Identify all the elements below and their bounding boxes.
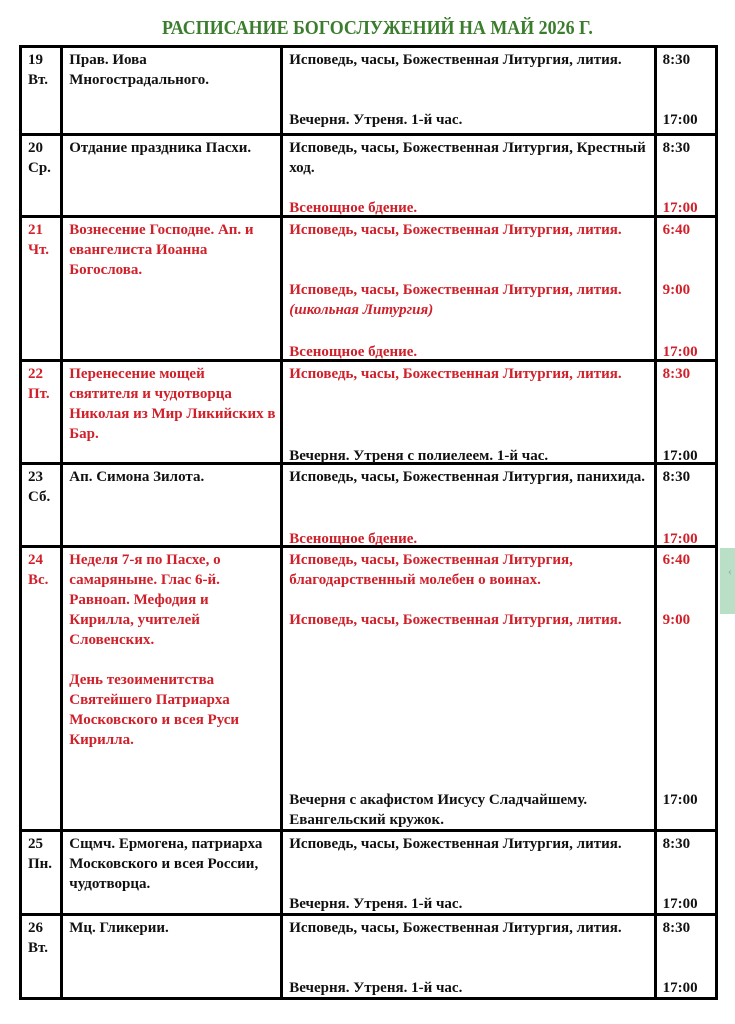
feast-cell: Перенесение мощей святителя и чудотворца…: [62, 361, 282, 464]
service-text: Исповедь, часы, Божественная Литургия, л…: [289, 920, 621, 936]
service-time: 8:30: [663, 918, 711, 938]
service-entry: Всенощное бдение.: [289, 342, 649, 362]
date-number: 24: [28, 550, 56, 570]
times-cell: 6:409:0017:00: [655, 217, 716, 361]
day-cell: 23Сб.: [21, 464, 62, 547]
day-cell: 26Вт.: [21, 915, 62, 999]
schedule-row: 24Вс.Неделя 7-я по Пасхе, о самаряныне. …: [21, 547, 717, 831]
feast-name: Отдание праздника Пасхи.: [69, 138, 276, 158]
weekday: Пн.: [28, 854, 56, 874]
date-number: 22: [28, 364, 56, 384]
services-cell: Исповедь, часы, Божественная Литургия, л…: [282, 217, 655, 361]
schedule-row: 20Ср.Отдание праздника Пасхи.Исповедь, ч…: [21, 135, 717, 217]
feast-name: Ап. Симона Зилота.: [69, 467, 276, 487]
services-cell: Исповедь, часы, Божественная Литургия, б…: [282, 547, 655, 831]
service-time: 17:00: [663, 342, 711, 362]
service-text: Вечерня. Утреня. 1-й час.: [289, 896, 462, 912]
service-time: 6:40: [663, 220, 711, 240]
times-cell: 8:3017:00: [655, 135, 716, 217]
service-note: (школьная Литургия): [289, 302, 433, 318]
service-time: 8:30: [663, 467, 711, 487]
weekday: Сб.: [28, 487, 56, 507]
weekday: Вт.: [28, 70, 56, 90]
services-cell: Исповедь, часы, Божественная Литургия, К…: [282, 135, 655, 217]
service-entry: Исповедь, часы, Божественная Литургия, л…: [289, 364, 649, 384]
service-entry: Исповедь, часы, Божественная Литургия, К…: [289, 138, 649, 178]
service-text: Всенощное бдение.: [289, 200, 417, 216]
service-time: 8:30: [663, 834, 711, 854]
service-text: Исповедь, часы, Божественная Литургия, л…: [289, 52, 621, 68]
service-text: Исповедь, часы, Божественная Литургия, л…: [289, 836, 621, 852]
service-entry: Всенощное бдение.: [289, 529, 649, 549]
service-entry: Всенощное бдение.: [289, 198, 649, 218]
feast-name: Мц. Гликерии.: [69, 918, 276, 938]
service-text: Исповедь, часы, Божественная Литургия, б…: [289, 552, 573, 588]
times-cell: 8:3017:00: [655, 47, 716, 135]
feast-name: День тезоименитства Святейшего Патриарха…: [69, 670, 276, 750]
service-entry: Вечерня с акафистом Иисусу Сладчайшему. …: [289, 790, 649, 830]
chevron-left-icon: ‹: [728, 564, 732, 579]
feast-cell: Прав. Иова Многострадального.: [62, 47, 282, 135]
feast-cell: Вознесение Господне. Ап. и евангелиста И…: [62, 217, 282, 361]
service-entry: Вечерня. Утреня. 1-й час.: [289, 894, 649, 914]
schedule-row: 23Сб.Ап. Симона Зилота.Исповедь, часы, Б…: [21, 464, 717, 547]
times-cell: 8:3017:00: [655, 915, 716, 999]
feast-name: Перенесение мощей святителя и чудотворца…: [69, 364, 276, 444]
date-number: 23: [28, 467, 56, 487]
service-text: Исповедь, часы, Божественная Литургия, п…: [289, 469, 645, 485]
times-cell: 6:409:0017:00: [655, 547, 716, 831]
day-cell: 22Пт.: [21, 361, 62, 464]
service-entry: Исповедь, часы, Божественная Литургия, п…: [289, 467, 649, 487]
weekday: Вс.: [28, 570, 56, 590]
feast-name: Сщмч. Ермогена, патриарха Московского и …: [69, 834, 276, 894]
service-entry: Исповедь, часы, Божественная Литургия, л…: [289, 50, 649, 70]
date-number: 25: [28, 834, 56, 854]
day-cell: 19Вт.: [21, 47, 62, 135]
schedule-row: 19Вт.Прав. Иова Многострадального.Испове…: [21, 47, 717, 135]
feast-cell: Мц. Гликерии.: [62, 915, 282, 999]
date-number: 21: [28, 220, 56, 240]
service-entry: Вечерня. Утреня. 1-й час.: [289, 110, 649, 130]
schedule-row: 25Пн.Сщмч. Ермогена, патриарха Московско…: [21, 831, 717, 915]
schedule-row: 21Чт.Вознесение Господне. Ап. и евангели…: [21, 217, 717, 361]
service-time: 8:30: [663, 50, 711, 70]
schedule-table: 19Вт.Прав. Иова Многострадального.Испове…: [19, 45, 718, 1000]
times-cell: 8:3017:00: [655, 464, 716, 547]
service-text: Всенощное бдение.: [289, 531, 417, 547]
weekday: Вт.: [28, 938, 56, 958]
service-text: Вечерня. Утреня с полиелеем. 1-й час.: [289, 448, 548, 464]
service-text: Вечерня. Утреня. 1-й час.: [289, 980, 462, 996]
services-cell: Исповедь, часы, Божественная Литургия, п…: [282, 464, 655, 547]
service-text: Вечерня с акафистом Иисусу Сладчайшему. …: [289, 792, 587, 828]
day-cell: 20Ср.: [21, 135, 62, 217]
service-entry: Исповедь, часы, Божественная Литургия, л…: [289, 918, 649, 938]
times-cell: 8:3017:00: [655, 361, 716, 464]
feast-cell: Отдание праздника Пасхи.: [62, 135, 282, 217]
service-entry: Исповедь, часы, Божественная Литургия, л…: [289, 610, 649, 630]
day-cell: 24Вс.: [21, 547, 62, 831]
service-time: 9:00: [663, 280, 711, 300]
feast-name: Вознесение Господне. Ап. и евангелиста И…: [69, 220, 276, 280]
services-cell: Исповедь, часы, Божественная Литургия, л…: [282, 915, 655, 999]
service-time: 17:00: [663, 110, 711, 130]
date-number: 20: [28, 138, 56, 158]
service-text: Исповедь, часы, Божественная Литургия, л…: [289, 612, 621, 628]
service-entry: Вечерня. Утреня. 1-й час.: [289, 978, 649, 998]
service-text: Исповедь, часы, Божественная Литургия, л…: [289, 222, 621, 238]
feast-cell: Ап. Симона Зилота.: [62, 464, 282, 547]
date-number: 19: [28, 50, 56, 70]
service-text: Вечерня. Утреня. 1-й час.: [289, 112, 462, 128]
weekday: Ср.: [28, 158, 56, 178]
service-time: 17:00: [663, 790, 711, 810]
page-title: РАСПИСАНИЕ БОГОСЛУЖЕНИЙ НА МАЙ 2026 Г.: [30, 18, 725, 40]
schedule-row: 22Пт.Перенесение мощей святителя и чудот…: [21, 361, 717, 464]
service-time: 17:00: [663, 198, 711, 218]
service-text: Исповедь, часы, Божественная Литургия, л…: [289, 366, 621, 382]
feast-cell: Неделя 7-я по Пасхе, о самаряныне. Глас …: [62, 547, 282, 831]
service-time: 8:30: [663, 364, 711, 384]
side-panel-tab[interactable]: ‹: [720, 548, 735, 614]
date-number: 26: [28, 918, 56, 938]
service-time: 6:40: [663, 550, 711, 570]
service-time: 17:00: [663, 529, 711, 549]
day-cell: 25Пн.: [21, 831, 62, 915]
service-time: 17:00: [663, 446, 711, 466]
weekday: Чт.: [28, 240, 56, 260]
service-entry: Вечерня. Утреня с полиелеем. 1-й час.: [289, 446, 649, 466]
service-entry: Исповедь, часы, Божественная Литургия, л…: [289, 280, 649, 320]
service-time: 17:00: [663, 978, 711, 998]
services-cell: Исповедь, часы, Божественная Литургия, л…: [282, 47, 655, 135]
service-entry: Исповедь, часы, Божественная Литургия, б…: [289, 550, 649, 590]
times-cell: 8:3017:00: [655, 831, 716, 915]
services-cell: Исповедь, часы, Божественная Литургия, л…: [282, 361, 655, 464]
service-text: Исповедь, часы, Божественная Литургия, К…: [289, 140, 645, 176]
service-entry: Исповедь, часы, Божественная Литургия, л…: [289, 834, 649, 854]
feast-name: Прав. Иова Многострадального.: [69, 50, 276, 90]
feast-name: Неделя 7-я по Пасхе, о самаряныне. Глас …: [69, 550, 276, 650]
day-cell: 21Чт.: [21, 217, 62, 361]
service-text: Всенощное бдение.: [289, 344, 417, 360]
feast-cell: Сщмч. Ермогена, патриарха Московского и …: [62, 831, 282, 915]
service-time: 9:00: [663, 610, 711, 630]
weekday: Пт.: [28, 384, 56, 404]
service-time: 17:00: [663, 894, 711, 914]
service-text: Исповедь, часы, Божественная Литургия, л…: [289, 282, 621, 298]
schedule-row: 26Вт.Мц. Гликерии.Исповедь, часы, Божест…: [21, 915, 717, 999]
services-cell: Исповедь, часы, Божественная Литургия, л…: [282, 831, 655, 915]
service-time: 8:30: [663, 138, 711, 158]
service-entry: Исповедь, часы, Божественная Литургия, л…: [289, 220, 649, 240]
